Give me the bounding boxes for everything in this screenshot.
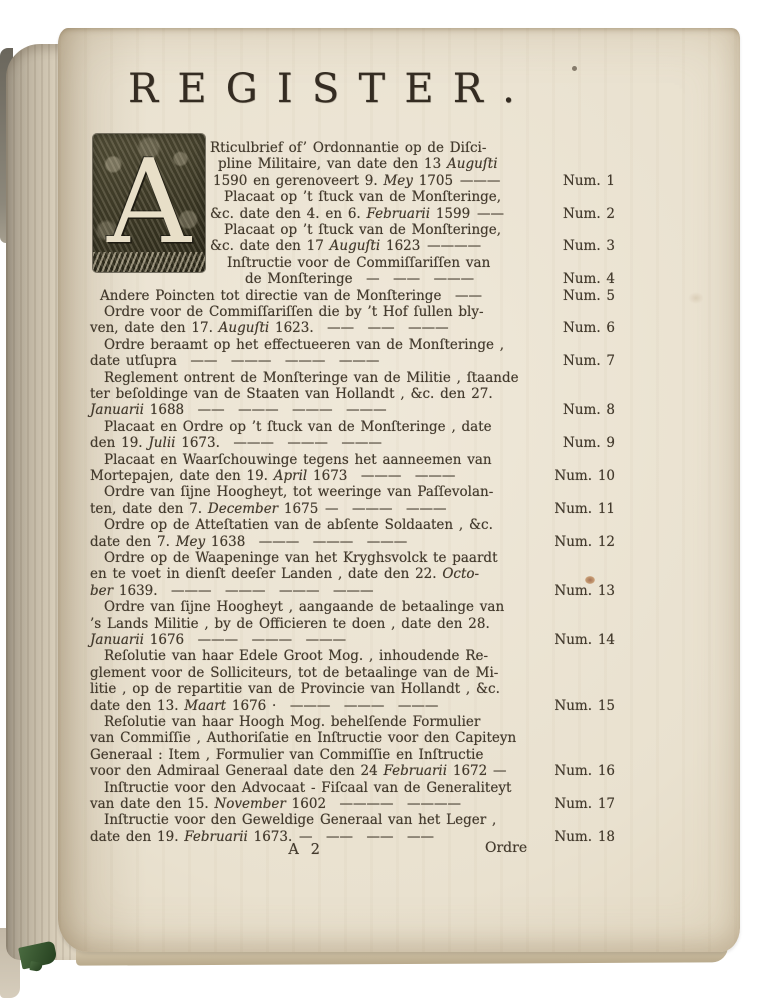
entry-text: pline Militaire, van date den 13 Auguſti (218, 156, 498, 173)
register-entry-line: Generaal : Item , Formulier van Commiſſi… (90, 747, 615, 764)
entry-text: date den 13. Maart 1676 · ——— ——— ——— (90, 698, 438, 715)
register-entry-line: de Monſteringe — —— ———Num. 4 (245, 271, 615, 288)
register-entry-line: Placaat op ’t ſtuck van de Monſteringe, (224, 189, 615, 206)
entry-text: de Monſteringe — —— ——— (245, 271, 474, 288)
entry-text: Placaat en Waarſchouwinge tegens het aan… (104, 452, 492, 469)
entry-num: Num. 3 (553, 238, 615, 255)
register-entry-line: litie , op de repartitie van de Provinci… (90, 681, 615, 698)
register-entry-line: date den 7. Mey 1638 ——— ——— ———Num. 12 (90, 534, 615, 551)
entry-text: Ordre van ſijne Hoogheyt , aangaande de … (104, 599, 504, 616)
entry-num: Num. 10 (544, 468, 615, 485)
entry-text: ’s Lands Militie , by de Officieren te d… (90, 616, 490, 633)
register-entry-line: Placaat en Ordre op ’t ſtuck van de Monſ… (104, 419, 615, 436)
register-entry-line: Inſtructie voor den Advocaat - Fiſcaal v… (104, 780, 615, 797)
register-entry-line: Ordre op de Atteſtatien van de abſente S… (104, 517, 615, 534)
register-entry-line: Reſolutie van haar Hoogh Mog. behelſende… (104, 714, 615, 731)
entry-text: Rticulbrief of’ Ordonnantie op de Diſci- (210, 140, 486, 157)
signature-mark: A 2 (278, 842, 334, 858)
register-entry-line: date den 13. Maart 1676 · ——— ——— ———Num… (90, 698, 615, 715)
register-entry-line: Andere Poincten tot directie van de Monſ… (100, 288, 615, 305)
register-list: REGISTER. A Rticulbrief of’ Ordonnantie … (0, 0, 760, 1000)
register-entry-line: ven, date den 17. Auguſti 1623. —— —— ——… (90, 320, 615, 337)
entry-num: Num. 6 (553, 320, 615, 337)
entry-text: Ordre op de Atteſtatien van de abſente S… (104, 517, 493, 534)
entry-num: Num. 4 (553, 271, 615, 288)
entry-num: Num. 11 (544, 501, 615, 518)
entry-text: date den 7. Mey 1638 ——— ——— ——— (90, 534, 407, 551)
entry-text: Ordre beraamt op het effectueeren van de… (104, 337, 504, 354)
register-entry-line: Mortepajen, date den 19. April 1673 ——— … (90, 468, 615, 485)
entry-text: Generaal : Item , Formulier van Commiſſi… (90, 747, 483, 764)
entry-text: Reſolutie van haar Hoogh Mog. behelſende… (104, 714, 480, 731)
entry-text: en te voet in dienſt deeſer Landen , dat… (90, 566, 479, 583)
entry-num: Num. 1 (553, 173, 615, 190)
entry-num: Num. 13 (544, 583, 615, 600)
register-entry-line: Inſtructie voor de Commiſſariſſen van (227, 255, 615, 272)
register-entry-line: ter beſoldinge van de Staaten van Hollan… (90, 386, 615, 403)
entry-text: Reſolutie van haar Edele Groot Mog. , in… (104, 648, 488, 665)
entry-text: ber 1639. ——— ——— ——— ——— (90, 583, 374, 600)
entry-text: den 19. Julii 1673. ——— ——— ——— (90, 435, 382, 452)
catchword: Ordre (485, 840, 527, 856)
register-entry-line: en te voet in dienſt deeſer Landen , dat… (90, 566, 615, 583)
entry-num: Num. 8 (553, 402, 615, 419)
register-entry-line: van date den 15. November 1602 ———— ————… (90, 796, 615, 813)
entry-text: date utſupra —— ——— ——— ——— (90, 353, 379, 370)
register-entry-line: Ordre van ſijne Hoogheyt, tot weeringe v… (104, 484, 615, 501)
entry-text: glement voor de Solliciteurs, tot de bet… (90, 665, 498, 682)
entry-num: Num. 16 (544, 763, 615, 780)
entry-text: voor den Admiraal Generaal date den 24 F… (90, 763, 507, 780)
register-entry-line: Ordre voor de Commiſſariſſen die by ’t H… (104, 304, 615, 321)
register-entry-line: Ordre op de Waapeninge van het Kryghsvol… (104, 550, 615, 567)
entry-text: Placaat op ’t ſtuck van de Monſteringe, (224, 189, 501, 206)
entry-text: litie , op de repartitie van de Provinci… (90, 681, 500, 698)
entry-num: Num. 7 (553, 353, 615, 370)
entry-text: ten, date den 7. December 1675 — ——— ——— (90, 501, 447, 518)
register-entry-line: Reſolutie van haar Edele Groot Mog. , in… (104, 648, 615, 665)
register-entry-line: ber 1639. ——— ——— ——— ———Num. 13 (90, 583, 615, 600)
entry-text: Ordre op de Waapeninge van het Kryghsvol… (104, 550, 498, 567)
entry-text: van Commiſſie , Authoriſatie en Inſtruct… (90, 730, 516, 747)
register-entry-line: Januarii 1688 —— ——— ——— ———Num. 8 (90, 402, 615, 419)
entry-text: Reglement ontrent de Monſteringe van de … (104, 370, 519, 387)
register-entry-line: glement voor de Solliciteurs, tot de bet… (90, 665, 615, 682)
register-entry-line: &c. date den 17 Auguſti 1623 ————Num. 3 (210, 238, 615, 255)
register-entry-line: Ordre van ſijne Hoogheyt , aangaande de … (104, 599, 615, 616)
book-photo: REGISTER. A Rticulbrief of’ Ordonnantie … (0, 0, 760, 1000)
entry-text: ter beſoldinge van de Staaten van Hollan… (90, 386, 493, 403)
entry-text: Inſtructie voor den Geweldige Generaal v… (104, 812, 496, 829)
entry-text: Januarii 1688 —— ——— ——— ——— (90, 402, 387, 419)
entry-num: Num. 15 (544, 698, 615, 715)
entry-num: Num. 18 (544, 829, 615, 846)
entry-text: Andere Poincten tot directie van de Monſ… (100, 288, 482, 305)
register-entry-line: date den 19. Februarii 1673. — —— —— ——N… (90, 829, 615, 846)
drop-cap-letter: A (107, 151, 191, 255)
entry-text: Inſtructie voor den Advocaat - Fiſcaal v… (104, 780, 511, 797)
entry-text: van date den 15. November 1602 ———— ———— (90, 796, 461, 813)
register-entry-line: van Commiſſie , Authoriſatie en Inſtruct… (90, 730, 615, 747)
entry-num: Num. 9 (553, 435, 615, 452)
register-entry-line: date utſupra —— ——— ——— ———Num. 7 (90, 353, 615, 370)
entry-text: Placaat en Ordre op ’t ſtuck van de Monſ… (104, 419, 492, 436)
register-entry-line: Placaat en Waarſchouwinge tegens het aan… (104, 452, 615, 469)
entry-text: Inſtructie voor de Commiſſariſſen van (227, 255, 490, 272)
register-entry-line: Inſtructie voor den Geweldige Generaal v… (104, 812, 615, 829)
page-title: REGISTER. (92, 66, 570, 112)
entry-text: 1590 en gerenoveert 9. Mey 1705 ——— (213, 173, 500, 190)
register-entry-line: den 19. Julii 1673. ——— ——— ———Num. 9 (90, 435, 615, 452)
entry-num: Num. 5 (553, 288, 615, 305)
entry-text: ven, date den 17. Auguſti 1623. —— —— ——… (90, 320, 449, 337)
entry-num: Num. 2 (553, 206, 615, 223)
register-entry-line: ’s Lands Militie , by de Officieren te d… (90, 616, 615, 633)
register-entry-line: 1590 en gerenoveert 9. Mey 1705 ———Num. … (213, 173, 615, 190)
register-entry-line: Ordre beraamt op het effectueeren van de… (104, 337, 615, 354)
register-entry-line: ten, date den 7. December 1675 — ——— ———… (90, 501, 615, 518)
register-entry-line: &c. date den 4. en 6. Februarii 1599 ——N… (210, 206, 615, 223)
entry-text: Ordre van ſijne Hoogheyt, tot weeringe v… (104, 484, 493, 501)
entry-text: &c. date den 17 Auguſti 1623 ———— (210, 238, 481, 255)
entry-text: Januarii 1676 ——— ——— ——— (90, 632, 346, 649)
entry-text: Mortepajen, date den 19. April 1673 ——— … (90, 468, 455, 485)
drop-cap-woodcut: A (93, 134, 205, 272)
entry-text: Ordre voor de Commiſſariſſen die by ’t H… (104, 304, 484, 321)
entry-num: Num. 12 (544, 534, 615, 551)
entry-text: Placaat op ’t ſtuck van de Monſteringe, (224, 222, 501, 239)
register-entry-line: voor den Admiraal Generaal date den 24 F… (90, 763, 615, 780)
register-entry-line: Reglement ontrent de Monſteringe van de … (104, 370, 615, 387)
entry-num: Num. 14 (544, 632, 615, 649)
entry-text: date den 19. Februarii 1673. — —— —— —— (90, 829, 434, 846)
register-entry-line: pline Militaire, van date den 13 Auguſti (218, 156, 615, 173)
entry-text: &c. date den 4. en 6. Februarii 1599 —— (210, 206, 504, 223)
entry-num: Num. 17 (544, 796, 615, 813)
register-entry-line: Placaat op ’t ſtuck van de Monſteringe, (224, 222, 615, 239)
register-entry-line: Januarii 1676 ——— ——— ———Num. 14 (90, 632, 615, 649)
register-entry-line: Rticulbrief of’ Ordonnantie op de Diſci- (210, 140, 615, 157)
